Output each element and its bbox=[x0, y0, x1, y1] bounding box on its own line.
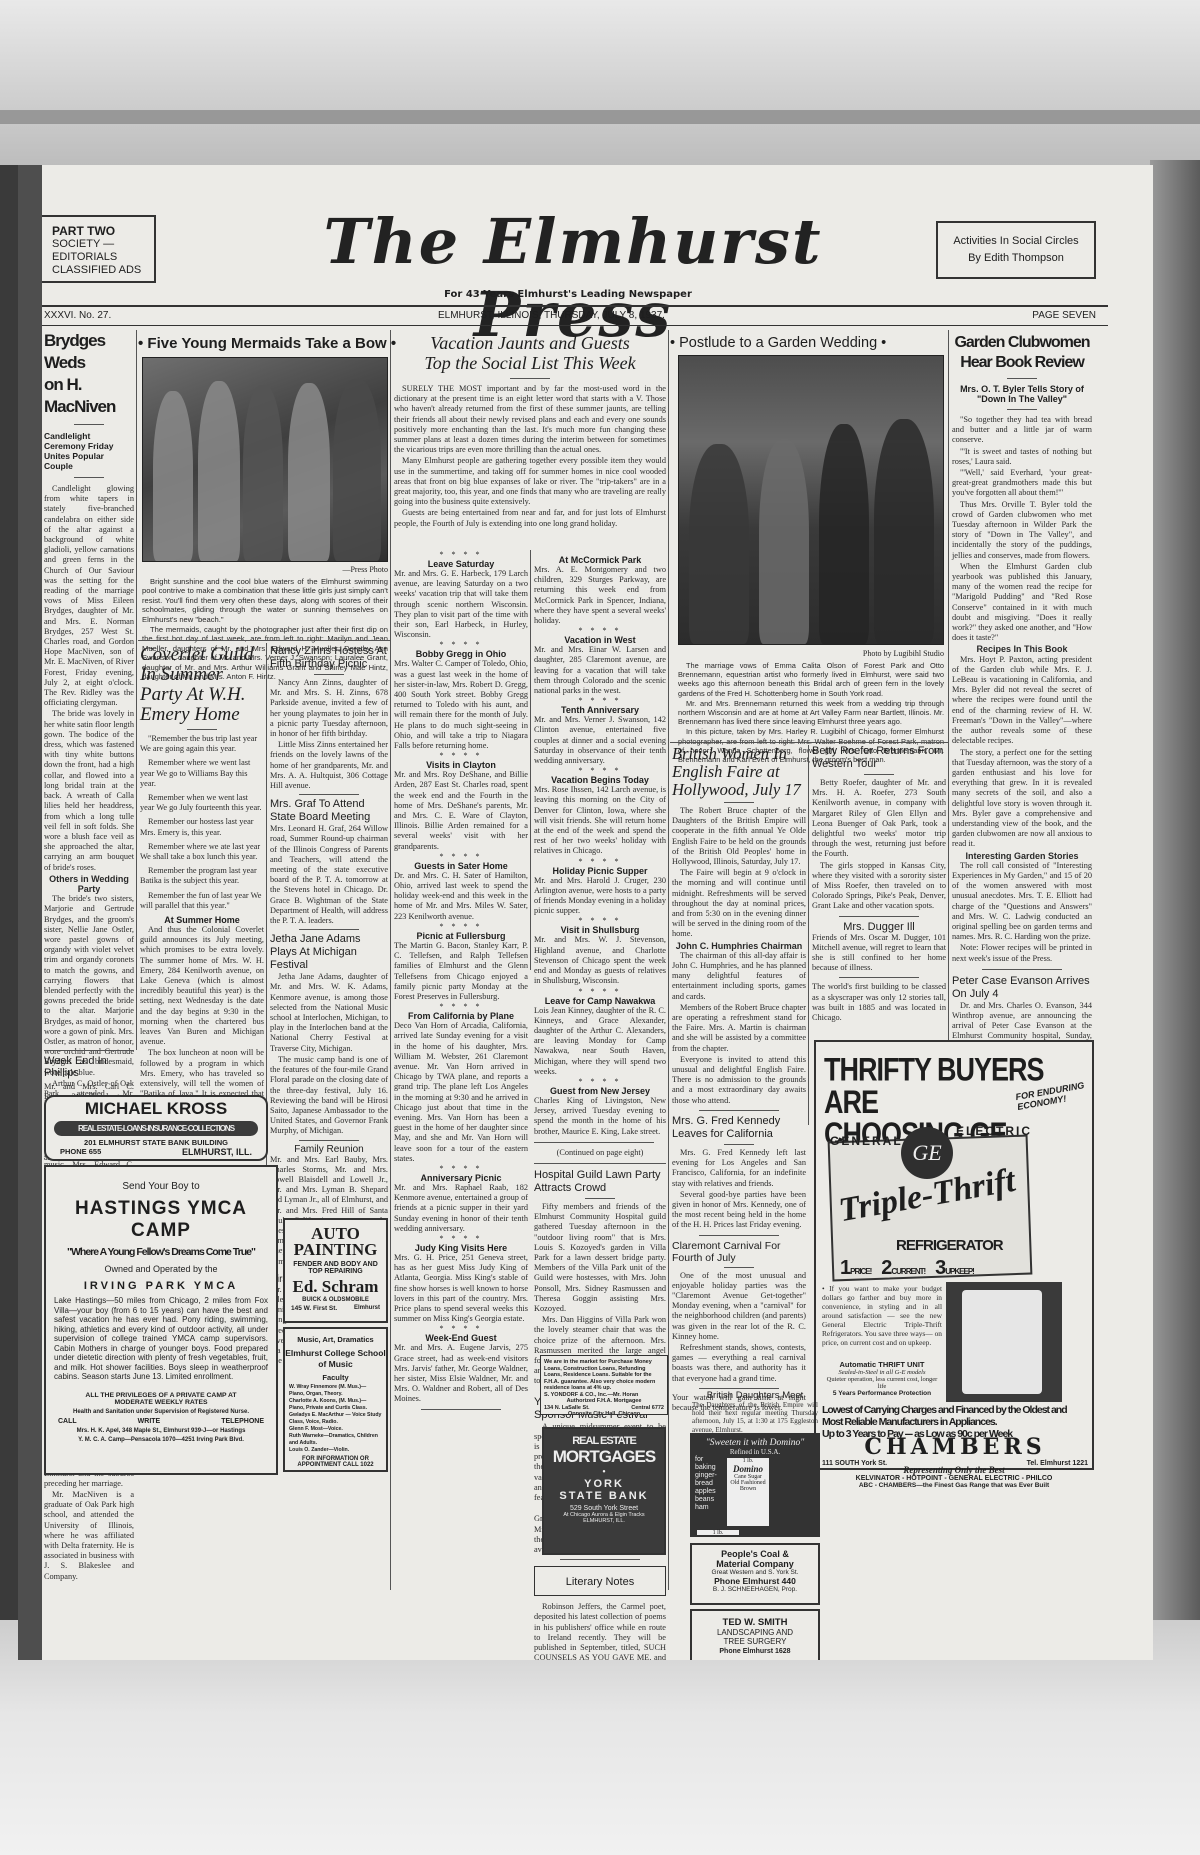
ad-school: Elmhurst College Schoolof Music bbox=[285, 1348, 386, 1370]
verse: "Remember the bus trip last year We are … bbox=[140, 734, 264, 911]
social-circles-box: Activities In Social Circles By Edith Th… bbox=[936, 221, 1096, 279]
ad-brands: KELVINATOR - HOTPOINT - GENERAL ELECTRIC… bbox=[814, 1475, 1094, 1482]
ad-name: People's Coal &Material Company bbox=[692, 1549, 818, 1569]
ad-services: REAL ESTATE-LOANS-INSURANCE-COLLECTIONS bbox=[54, 1121, 258, 1136]
ad-domino-sugar: "Sweeten it with Domino" Refined in U.S.… bbox=[690, 1433, 820, 1537]
scan-background-right bbox=[1150, 160, 1200, 1620]
article-british-daughters: British Daughters Meet The Daughters of … bbox=[692, 1390, 818, 1434]
literary-body: Robinson Jeffers, the Carmel poet, depos… bbox=[534, 1602, 666, 1660]
article-body: The Daughters of the British Empire will… bbox=[692, 1401, 818, 1434]
saving-item: 2CURRENT! bbox=[881, 1257, 925, 1280]
ad-dealer: CHAMBERS bbox=[822, 1434, 1088, 1460]
adams-headline: Jetha Jane Adams Plays At Michigan Festi… bbox=[270, 933, 388, 972]
intro: SURELY THE MOST important and by far the… bbox=[394, 384, 666, 529]
scan-tape-strip bbox=[0, 110, 1200, 124]
ad-body: Lake Hastings—50 miles from Chicago, 2 m… bbox=[46, 1292, 276, 1386]
sugar-box-brown: 1 lb. Domino Cane Sugar Old Fashioned Br… bbox=[727, 1458, 769, 1526]
ad-arts: Music, Art, Dramatics bbox=[285, 1335, 386, 1344]
rule bbox=[138, 640, 390, 641]
ad-address: 145 W. First St. bbox=[291, 1305, 337, 1312]
social-column-title: Activities In Social Circles bbox=[938, 233, 1094, 250]
ad-address: Great Western and S. York St. bbox=[692, 1569, 818, 1576]
column-rule bbox=[136, 330, 137, 1050]
ad-representing: Representing Only the Best bbox=[814, 1465, 1094, 1475]
headline: Vacation Jaunts and Guests Top the Socia… bbox=[394, 333, 666, 373]
mermaids-photo bbox=[142, 357, 388, 562]
column-seven: Betty Roefer Returns From Western Tour B… bbox=[812, 745, 946, 1023]
ad-l4: STATE BANK bbox=[544, 1490, 664, 1502]
ad-phone: Phone Elmhurst 1628 bbox=[692, 1648, 818, 1655]
wedding-headline: • Postlude to a Garden Wedding • bbox=[670, 335, 948, 351]
ad-ge-chambers: THRIFTY BUYERS ARE CHOOSING GE FOR ENDUR… bbox=[814, 1040, 1094, 1470]
ad-refined: Refined in U.S.A. bbox=[695, 1448, 815, 1456]
ad-thrift-unit: Automatic THRIFT UNIT Sealed-in-Steel in… bbox=[822, 1360, 942, 1397]
ad-name: Ed. Schram bbox=[285, 1277, 386, 1297]
article-british-faire: British Women In English Faire at Hollyw… bbox=[672, 745, 806, 1413]
ad-york-state-bank: REAL ESTATE MORTGAGES • YORK STATE BANK … bbox=[542, 1427, 666, 1555]
ad-write: WRITE bbox=[138, 1418, 161, 1425]
ad-contact-1: Mrs. H. K. Apel, 348 Maple St., Elmhurst… bbox=[46, 1428, 276, 1434]
column-rule bbox=[390, 330, 391, 1590]
dateline-bar: XXXVI. No. 27. ELMHURST, ILLINOIS, THURS… bbox=[38, 305, 1108, 323]
roefer-headline: Betty Roefer Returns From Western Tour bbox=[812, 745, 946, 771]
ad-privileges: ALL THE PRIVILEGES OF A PRIVATE CAMP ATM… bbox=[46, 1392, 276, 1406]
ad-phone: PHONE 655 bbox=[60, 1147, 101, 1157]
filler-skyscraper: The world's first building to be classed… bbox=[812, 982, 946, 1023]
ge-logo-icon: GE bbox=[901, 1127, 953, 1179]
headline: Coverlet Guild In Summer Party At W.H. E… bbox=[140, 645, 264, 725]
masthead-tagline: For 43 Years Elmhurst's Leading Newspape… bbox=[378, 289, 758, 300]
subhead: Candlelight Ceremony Friday Unites Popul… bbox=[44, 431, 134, 471]
ad-l1: REAL ESTATE bbox=[544, 1435, 664, 1447]
ad-l2: TREE SURGERY bbox=[692, 1637, 818, 1646]
ad-location: Opposite City Hall, Chicago bbox=[544, 1411, 664, 1416]
ad-elmhurst-college-music: Music, Art, Dramatics Elmhurst College S… bbox=[283, 1327, 388, 1472]
roefer-body: Betty Roefer, daughter of Mr. and Mrs. H… bbox=[812, 778, 946, 912]
ad-health: Health and Sanitation under Supervision … bbox=[46, 1409, 276, 1415]
ad-product-type: REFRIGERATOR bbox=[896, 1237, 1003, 1254]
headline: British Women In English Faire at Hollyw… bbox=[672, 745, 806, 799]
column-rule bbox=[668, 330, 669, 1590]
ad-prop: B. J. SCHNEEHAGEN, Prop. bbox=[692, 1586, 818, 1593]
ad-operator: IRVING PARK YMCA bbox=[46, 1280, 276, 1292]
bullet-icon: • bbox=[544, 1467, 664, 1478]
article-vacation-jaunts: Vacation Jaunts and Guests Top the Socia… bbox=[394, 333, 666, 530]
ad-michael-kross: MICHAEL KROSS REAL ESTATE-LOANS-INSURANC… bbox=[44, 1095, 268, 1161]
ad-address: 201 ELMHURST STATE BANK BUILDING bbox=[46, 1138, 266, 1147]
page-number: PAGE SEVEN bbox=[1032, 310, 1096, 321]
literary-headline: Literary Notes bbox=[566, 1576, 634, 1588]
part-classifieds: CLASSIFIED ADS bbox=[52, 264, 141, 276]
ad-faculty-label: Faculty bbox=[285, 1373, 386, 1382]
ad-brand-left: GENERAL bbox=[830, 1134, 903, 1148]
photo-credit: Photo by Lugibihl Studio bbox=[678, 649, 944, 658]
ad-slogan: "Sweeten it with Domino" bbox=[695, 1438, 815, 1448]
ad-city: Elmhurst bbox=[354, 1305, 380, 1312]
ad-faculty-list: W. Wray Finnemore (M. Mus.)— Piano, Orga… bbox=[285, 1382, 386, 1456]
volume-number: XXXVI. No. 27. bbox=[44, 310, 111, 321]
ad-l1: LANDSCAPING AND bbox=[692, 1628, 818, 1637]
column-rule bbox=[808, 745, 809, 1125]
ad-intro: Send Your Boy to bbox=[46, 1181, 276, 1192]
column-rule bbox=[948, 330, 949, 1050]
ad-contact-2: Y. M. C. A. Camp—Pensacola 1070—4251 Irv… bbox=[46, 1437, 276, 1443]
ad-city: ELMHURST, ILL. bbox=[544, 1518, 664, 1524]
ad-title: AUTOPAINTING bbox=[285, 1226, 386, 1258]
masthead-rule bbox=[38, 325, 1108, 326]
claremont-body: One of the most unusual and enjoyable ho… bbox=[672, 1271, 806, 1384]
ad-brand-right: ELECTRIC bbox=[956, 1124, 1032, 1138]
sugar-box-yellow: 1 lb. Domino Cane Sugar Yellow Light Bro… bbox=[697, 1530, 739, 1537]
masthead-title: The Elmhurst Press bbox=[228, 205, 918, 351]
saving-item: 1PRICE! bbox=[840, 1257, 871, 1280]
ad-phone: Central 6772 bbox=[631, 1405, 664, 1411]
part-label: PART TWO bbox=[52, 225, 148, 238]
ad-ted-smith: TED W. SMITH LANDSCAPING AND TREE SURGER… bbox=[690, 1609, 820, 1660]
newspaper-page: PART TWO SOCIETY — EDITORIALS CLASSIFIED… bbox=[18, 165, 1153, 1660]
literary-notes-box: Literary Notes bbox=[534, 1566, 666, 1596]
adams-body: Jetha Jane Adams, daughter of Mr. and Mr… bbox=[270, 972, 388, 1136]
dateline: ELMHURST, ILLINOIS, THURSDAY, JULY 8, 19… bbox=[438, 310, 665, 321]
ad-l3: YORK bbox=[544, 1478, 664, 1490]
ad-contact: FOR INFORMATION ORAPPOINTMENT CALL 1022 bbox=[285, 1456, 386, 1468]
kennedy-headline: Mrs. G. Fred Kennedy Leaves for Californ… bbox=[672, 1115, 806, 1141]
reunion-headline: Family Reunion bbox=[270, 1144, 388, 1155]
ad-slogan: "Where A Young Fellow's Dreams Come True… bbox=[46, 1246, 276, 1258]
photo-credit: —Press Photo bbox=[142, 565, 388, 574]
part-sections: SOCIETY — EDITORIALS bbox=[52, 238, 117, 263]
zinns-headline: Nancy Zinns Hostess At Fifth Birthday Pi… bbox=[270, 645, 388, 671]
ad-body: • If you want to make your budget dollar… bbox=[822, 1284, 942, 1347]
ad-address: 134 N. LaSalle St. bbox=[544, 1405, 590, 1411]
binding-edge bbox=[18, 165, 42, 1660]
graf-headline: Mrs. Graf To Attend State Board Meeting bbox=[270, 798, 388, 824]
ad-chambers-footer: Representing Only the Best KELVINATOR - … bbox=[814, 1465, 1094, 1489]
ad-name: TED W. SMITH bbox=[692, 1617, 818, 1628]
ad-peoples-coal: People's Coal &Material Company Great We… bbox=[690, 1543, 820, 1605]
ad-name: MICHAEL KROSS bbox=[46, 1099, 266, 1119]
zinns-body: Nancy Ann Zinns, daughter of Mr. and Mrs… bbox=[270, 678, 388, 791]
headline: Garden Clubwomen Hear Book Review bbox=[952, 333, 1092, 373]
article-body: The Robert Bruce chapter of the Daughter… bbox=[672, 806, 806, 1106]
evanson-headline: Peter Case Evanson Arrives On July 4 bbox=[952, 975, 1092, 1001]
headline: Brydges Weds on H. MacNiven bbox=[44, 330, 134, 418]
ad-call: CALL bbox=[58, 1418, 77, 1425]
ad-owned-by: Owned and Operated by the bbox=[46, 1264, 276, 1274]
ad-address: 529 South York Street bbox=[544, 1505, 664, 1512]
wedding-photo bbox=[678, 355, 944, 645]
headline: British Daughters Meet bbox=[692, 1390, 818, 1401]
ad-range: ABC - CHAMBERS—the Finest Gas Range that… bbox=[814, 1482, 1094, 1489]
ad-telephone: TELEPHONE bbox=[221, 1418, 264, 1425]
ad-auto-painting: AUTOPAINTING FENDER AND BODY ANDTOP REPA… bbox=[283, 1218, 388, 1323]
ad-hastings-ymca-camp: Send Your Boy to HASTINGS YMCA CAMP "Whe… bbox=[44, 1165, 278, 1475]
article-body: "So together they had tea with bread and… bbox=[952, 415, 1092, 964]
ad-savings: 1PRICE! 2CURRENT! 3UPKEEP! bbox=[840, 1257, 974, 1280]
ad-uses: forbakingginger-breadapplesbeansham bbox=[695, 1456, 725, 1512]
refrigerator-image bbox=[946, 1282, 1062, 1402]
subhead: Mrs. O. T. Byler Tells Story of "Down In… bbox=[952, 384, 1092, 404]
rule bbox=[44, 1050, 134, 1051]
ad-services: FENDER AND BODY ANDTOP REPAIRING bbox=[285, 1261, 386, 1275]
rule bbox=[670, 742, 948, 743]
hospital-headline: Hospital Guild Lawn Party Attracts Crowd bbox=[534, 1169, 666, 1195]
kennedy-body: Mrs. G. Fred Kennedy left last evening f… bbox=[672, 1148, 806, 1231]
ad-city: ELMHURST, ILL. bbox=[182, 1147, 252, 1157]
ad-l2: MORTGAGES bbox=[544, 1447, 664, 1467]
article-garden-clubwomen: Garden Clubwomen Hear Book Review Mrs. O… bbox=[952, 333, 1092, 1125]
column-rule bbox=[530, 550, 531, 970]
dugger-body: Friends of Mrs. Oscar M. Dugger, 101 Mit… bbox=[812, 933, 946, 974]
scan-background-top bbox=[0, 0, 1200, 165]
ad-title: HASTINGS YMCA CAMP bbox=[46, 1198, 276, 1242]
continued-note: (Continued on page eight) bbox=[534, 1148, 666, 1158]
ad-yondorf: We are in the market for Purchase Money … bbox=[540, 1355, 668, 1415]
headline: Week End In Phillips bbox=[44, 1055, 134, 1079]
ad-phone: Phone Elmhurst 440 bbox=[692, 1576, 818, 1586]
part-two-box: PART TWO SOCIETY — EDITORIALS CLASSIFIED… bbox=[38, 215, 156, 283]
graf-body: Mrs. Leonard H. Graf, 264 Willow road, S… bbox=[270, 824, 388, 926]
ad-body: We are in the market for Purchase Money … bbox=[544, 1359, 664, 1392]
dugger-headline: Mrs. Dugger Ill bbox=[812, 921, 946, 933]
social-column-byline: By Edith Thompson bbox=[938, 250, 1094, 267]
saving-item: 3UPKEEP! bbox=[935, 1257, 974, 1280]
claremont-headline: Claremont Carnival For Fourth of July bbox=[672, 1240, 806, 1264]
vacation-left-items: * * * * Leave SaturdayMr. and Mrs. G. E.… bbox=[394, 550, 528, 1414]
mermaids-headline: • Five Young Mermaids Take a Bow • bbox=[138, 335, 390, 352]
